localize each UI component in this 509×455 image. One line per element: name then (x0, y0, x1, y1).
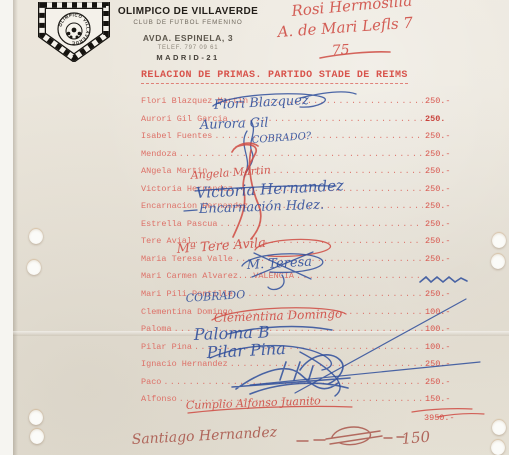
ball-patch (72, 28, 77, 33)
dot-leader: ........................................… (230, 359, 423, 369)
ball-patch (67, 32, 71, 36)
dot-leader: ........................................… (194, 236, 423, 246)
club-pennant-logo: OLIMPICO VILLAVERDE (36, 2, 112, 67)
roster-row: Isabel Fuentes..........................… (141, 131, 471, 149)
player-name: Victoria Hernandez (141, 184, 233, 194)
total-amount: 3950.- (424, 413, 455, 423)
roster-row: Mari Carmen Alvarez...VALENCIA..........… (141, 271, 471, 289)
roster-row: Ignacio Hernandez.......................… (141, 359, 471, 377)
punch-hole (30, 429, 44, 444)
dot-leader: ........................................… (235, 289, 423, 299)
ball-patch (78, 32, 82, 36)
punch-hole (491, 254, 505, 269)
player-name: Paloma (141, 324, 172, 334)
roster-row: Estrella Pascua.........................… (141, 219, 471, 237)
dot-leader: ........................................… (235, 307, 423, 317)
dot-leader: ........................................… (174, 324, 423, 334)
dot-leader: ........................................… (194, 342, 423, 352)
roster-row: Mari Pili Pontille......................… (141, 289, 471, 307)
scanned-document: OLIMPICO VILLAVERDE OLIMPICO DE VILLAVER… (0, 0, 509, 455)
ball-patch (76, 36, 79, 39)
ball-patch (70, 36, 73, 39)
player-name: Pilar Pina (141, 342, 192, 352)
prima-amount: 250.- (425, 254, 471, 264)
player-name: Mari Pili Pontille (141, 289, 233, 299)
roster-row: Mendoza.................................… (141, 149, 471, 167)
roster-row: Pilar Pina..............................… (141, 342, 471, 360)
club-name: OLIMPICO DE VILLAVERDE (112, 6, 264, 17)
roster-row: Maria Teresa Valle......................… (141, 254, 471, 272)
dot-leader: ........................................… (230, 114, 423, 124)
roster-row: Alfonso.................................… (141, 394, 471, 412)
player-name: Aurori Gil Garcia (141, 114, 228, 124)
roster-row: Victoria Hernandez......................… (141, 184, 471, 202)
prima-amount: 100.- (425, 307, 471, 317)
prima-amount: 250.- (425, 236, 471, 246)
roster-row: ANgela Martin...........................… (141, 166, 471, 184)
player-name: Mari Carmen Alvarez...VALENCIA (141, 271, 294, 281)
prima-amount: 150.- (425, 394, 471, 404)
player-name: ANgela Martin (141, 166, 207, 176)
prima-amount: 250.- (425, 149, 471, 159)
punch-hole (27, 260, 41, 275)
player-name: Alfonso (141, 394, 177, 404)
roster-row: Aurori Gil Garcia.......................… (141, 114, 471, 132)
roster-rows: Flori Blazquez Martin...................… (141, 96, 471, 412)
prima-amount: 250.- (425, 184, 471, 194)
dot-leader: ........................................… (163, 377, 423, 387)
prima-amount: 100.- (425, 342, 471, 352)
prima-amount: 250.- (425, 289, 471, 299)
roster-row: Paloma..................................… (141, 324, 471, 342)
player-name: Isabel Fuentes (141, 131, 212, 141)
document-title: RELACION DE PRIMAS. PARTIDO STADE DE REI… (141, 70, 408, 84)
club-address: AVDA. ESPINELA, 3 (112, 33, 264, 43)
prima-amount: 250.- (425, 359, 471, 369)
player-name: Clementina Domingo (141, 307, 233, 317)
dot-leader: ........................................… (250, 96, 423, 106)
club-phone: TELEF. 797 09 61 (112, 45, 264, 51)
player-name: Mendoza (141, 149, 177, 159)
club-city: MADRID-21 (112, 53, 264, 62)
punch-hole (492, 420, 506, 435)
pennant-icon: OLIMPICO VILLAVERDE (36, 2, 112, 62)
letterhead: OLIMPICO DE VILLAVERDE CLUB DE FUTBOL FE… (112, 6, 264, 62)
prima-amount: 250.- (425, 96, 471, 106)
dot-leader: ........................................… (296, 271, 423, 281)
player-name: Encarnacion Hernandez (141, 201, 248, 211)
dot-leader: ........................................… (235, 184, 423, 194)
punch-hole (492, 233, 506, 248)
player-name: Maria Teresa Valle (141, 254, 233, 264)
club-subtitle: CLUB DE FUTBOL FEMENINO (112, 19, 264, 26)
dot-leader: ........................................… (209, 166, 423, 176)
prima-amount: 250.- (425, 201, 471, 211)
prima-amount: 250.- (425, 377, 471, 387)
roster-row: Paco....................................… (141, 377, 471, 395)
player-name: Flori Blazquez Martin (141, 96, 248, 106)
prima-amount: 250.- (425, 166, 471, 176)
player-name: Ignacio Hernandez (141, 359, 228, 369)
punch-hole (29, 410, 43, 425)
roster-row: Flori Blazquez Martin...................… (141, 96, 471, 114)
dot-leader: ........................................… (235, 254, 423, 264)
player-name: Tere Avial (141, 236, 192, 246)
dot-leader: ........................................… (179, 149, 423, 159)
player-name: Estrella Pascua (141, 219, 218, 229)
player-name: Paco (141, 377, 161, 387)
prima-amount: 250.- (425, 131, 471, 141)
punch-hole (491, 440, 505, 455)
prima-amount: 250. (425, 114, 471, 124)
prima-amount: 100.- (425, 324, 471, 334)
roster-row: Clementina Domingo......................… (141, 307, 471, 325)
dot-leader: ........................................… (214, 131, 423, 141)
dot-leader: ........................................… (220, 219, 423, 229)
roster-row: Tere Avial..............................… (141, 236, 471, 254)
dot-leader: ........................................… (179, 394, 423, 404)
prima-amount: 250.- (425, 219, 471, 229)
roster-row: Encarnacion Hernandez...................… (141, 201, 471, 219)
punch-hole (29, 229, 43, 244)
paper-edge-shadow (13, 0, 18, 455)
dot-leader: ........................................… (250, 201, 423, 211)
